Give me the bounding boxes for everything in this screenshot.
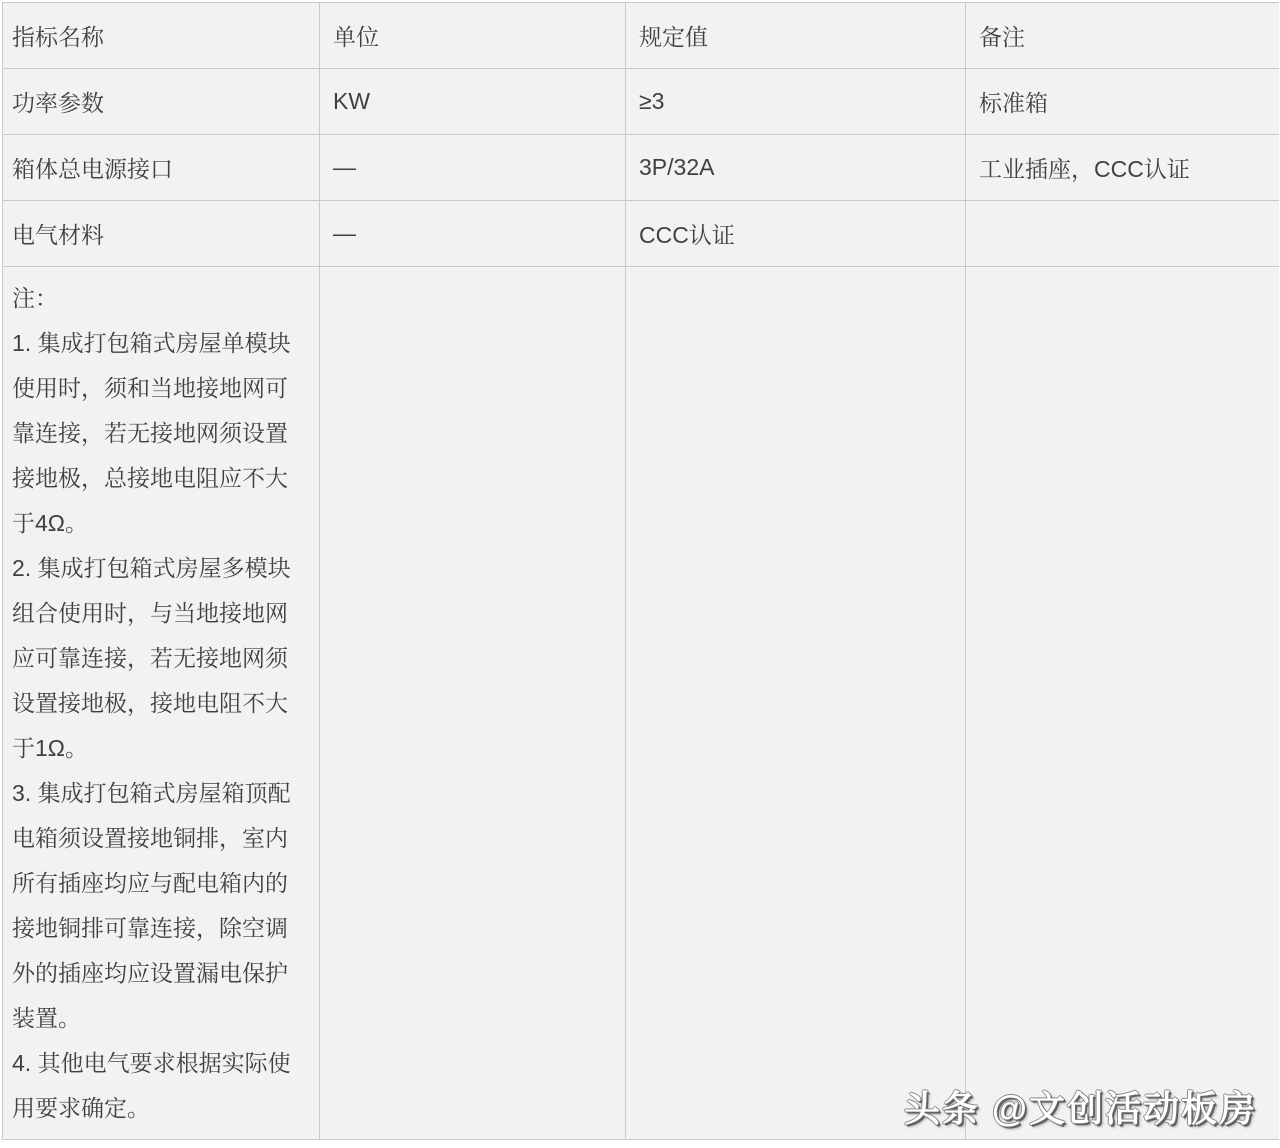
column-header-name: 指标名称 [3, 3, 320, 69]
note-item-4: 4. 其他电气要求根据实际使用要求确定。 [12, 1041, 309, 1131]
notes-cell: 注： 1. 集成打包箱式房屋单模块使用时，须和当地接地网可靠连接，若无接地网须设… [3, 267, 320, 1140]
table-header-row: 指标名称 单位 规定值 备注 [3, 3, 1279, 69]
toutiao-watermark: 头条 @文创活动板房 [904, 1081, 1257, 1132]
note-item-1: 1. 集成打包箱式房屋单模块使用时，须和当地接地网可靠连接，若无接地网须设置接地… [12, 321, 309, 546]
empty-cell [626, 267, 966, 1140]
cell-remark [966, 201, 1279, 267]
note-item-3: 3. 集成打包箱式房屋箱顶配电箱须设置接地铜排，室内所有插座均应与配电箱内的接地… [12, 771, 309, 1041]
cell-remark: 工业插座，CCC认证 [966, 135, 1279, 201]
empty-cell [320, 267, 626, 1140]
cell-remark: 标准箱 [966, 69, 1279, 135]
cell-value: ≥3 [626, 69, 966, 135]
table-notes-row: 注： 1. 集成打包箱式房屋单模块使用时，须和当地接地网可靠连接，若无接地网须设… [3, 267, 1279, 1140]
cell-name: 功率参数 [3, 69, 320, 135]
empty-cell [966, 267, 1279, 1140]
cell-unit: — [320, 135, 626, 201]
cell-name: 箱体总电源接口 [3, 135, 320, 201]
table-row-power-interface: 箱体总电源接口 — 3P/32A 工业插座，CCC认证 [3, 135, 1279, 201]
cell-name: 电气材料 [3, 201, 320, 267]
spec-document-page: 指标名称 单位 规定值 备注 功率参数 KW ≥3 标准箱 箱体总电源接口 — … [0, 0, 1280, 1148]
table-row-electrical-material: 电气材料 — CCC认证 [3, 201, 1279, 267]
spec-table: 指标名称 单位 规定值 备注 功率参数 KW ≥3 标准箱 箱体总电源接口 — … [2, 2, 1279, 1140]
column-header-value: 规定值 [626, 3, 966, 69]
cell-value: CCC认证 [626, 201, 966, 267]
cell-unit: — [320, 201, 626, 267]
note-item-2: 2. 集成打包箱式房屋多模块组合使用时，与当地接地网应可靠连接，若无接地网须设置… [12, 546, 309, 771]
cell-unit: KW [320, 69, 626, 135]
notes-label: 注： [12, 276, 309, 321]
table-row-power: 功率参数 KW ≥3 标准箱 [3, 69, 1279, 135]
column-header-remark: 备注 [966, 3, 1279, 69]
cell-value: 3P/32A [626, 135, 966, 201]
column-header-unit: 单位 [320, 3, 626, 69]
